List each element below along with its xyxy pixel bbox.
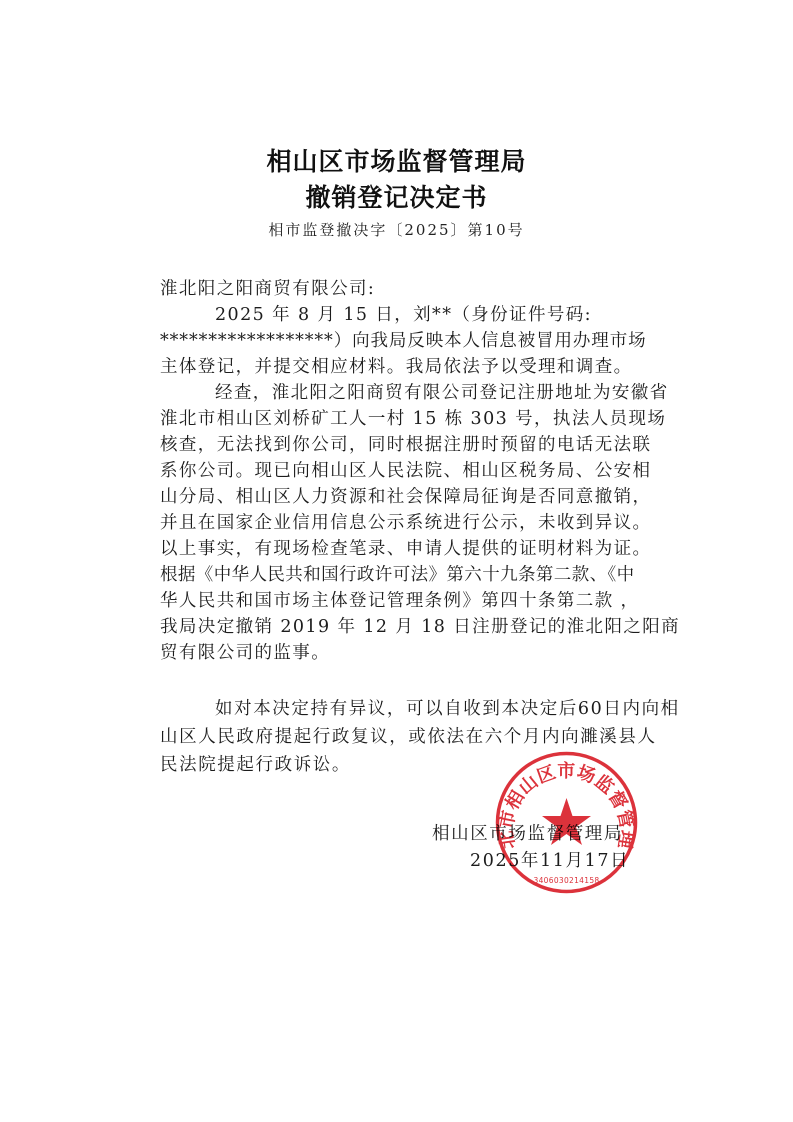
paragraph-2-line: 以上事实，有现场检查笔录、申请人提供的证明材料为证。: [160, 536, 660, 562]
document-title: 撤销登记决定书: [0, 178, 793, 214]
paragraph-2-line: 我局决定撤销 2019 年 12 月 18 日注册登记的淮北阳之阳商: [160, 614, 660, 640]
paragraph-2-line: 淮北市相山区刘桥矿工人一村 15 栋 303 号，执法人员现场: [160, 406, 660, 432]
paragraph-2-line: 并且在国家企业信用信息公示系统进行公示，未收到异议。: [160, 510, 660, 536]
paragraph-2-line: 经查，淮北阳之阳商贸有限公司登记注册地址为安徽省: [160, 380, 660, 406]
document-body: 淮北阳之阳商贸有限公司: 2025 年 8 月 15 日，刘**（身份证件号码:…: [160, 276, 660, 666]
addressee: 淮北阳之阳商贸有限公司:: [160, 276, 660, 302]
document-page: 相山区市场监督管理局 撤销登记决定书 相市监登撤决字〔2025〕第10号 淮北阳…: [0, 0, 793, 1122]
document-title-issuer: 相山区市场监督管理局: [0, 142, 793, 178]
paragraph-1-line: 2025 年 8 月 15 日，刘**（身份证件号码:: [160, 302, 660, 328]
paragraph-2-line: 华人民共和国市场主体登记管理条例》第四十条第二款 ，: [160, 588, 660, 614]
paragraph-2-line: 根据《中华人民共和国行政许可法》第六十九条第二款、《中: [160, 562, 660, 588]
official-seal-icon: 淮北市相山区市场监督管理局 3406030214158: [494, 750, 639, 895]
svg-text:3406030214158: 3406030214158: [534, 876, 600, 885]
paragraph-2-line: 贸有限公司的监事。: [160, 640, 660, 666]
paragraph-1-line: ******************）向我局反映本人信息被冒用办理市场: [160, 328, 660, 354]
paragraph-3-line: 如对本决定持有异议，可以自收到本决定后60日内向相: [160, 696, 660, 724]
paragraph-2-line: 核查，无法找到你公司，同时根据注册时预留的电话无法联: [160, 432, 660, 458]
paragraph-2-line: 系你公司。现已向相山区人民法院、相山区税务局、公安相: [160, 458, 660, 484]
paragraph-1-line: 主体登记，并提交相应材料。我局依法予以受理和调查。: [160, 354, 660, 380]
document-number: 相市监登撤决字〔2025〕第10号: [0, 219, 793, 240]
paragraph-2-line: 山分局、相山区人力资源和社会保障局征询是否同意撤销，: [160, 484, 660, 510]
paragraph-3-line: 山区人民政府提起行政复议，或依法在六个月内向濉溪县人: [160, 724, 660, 752]
